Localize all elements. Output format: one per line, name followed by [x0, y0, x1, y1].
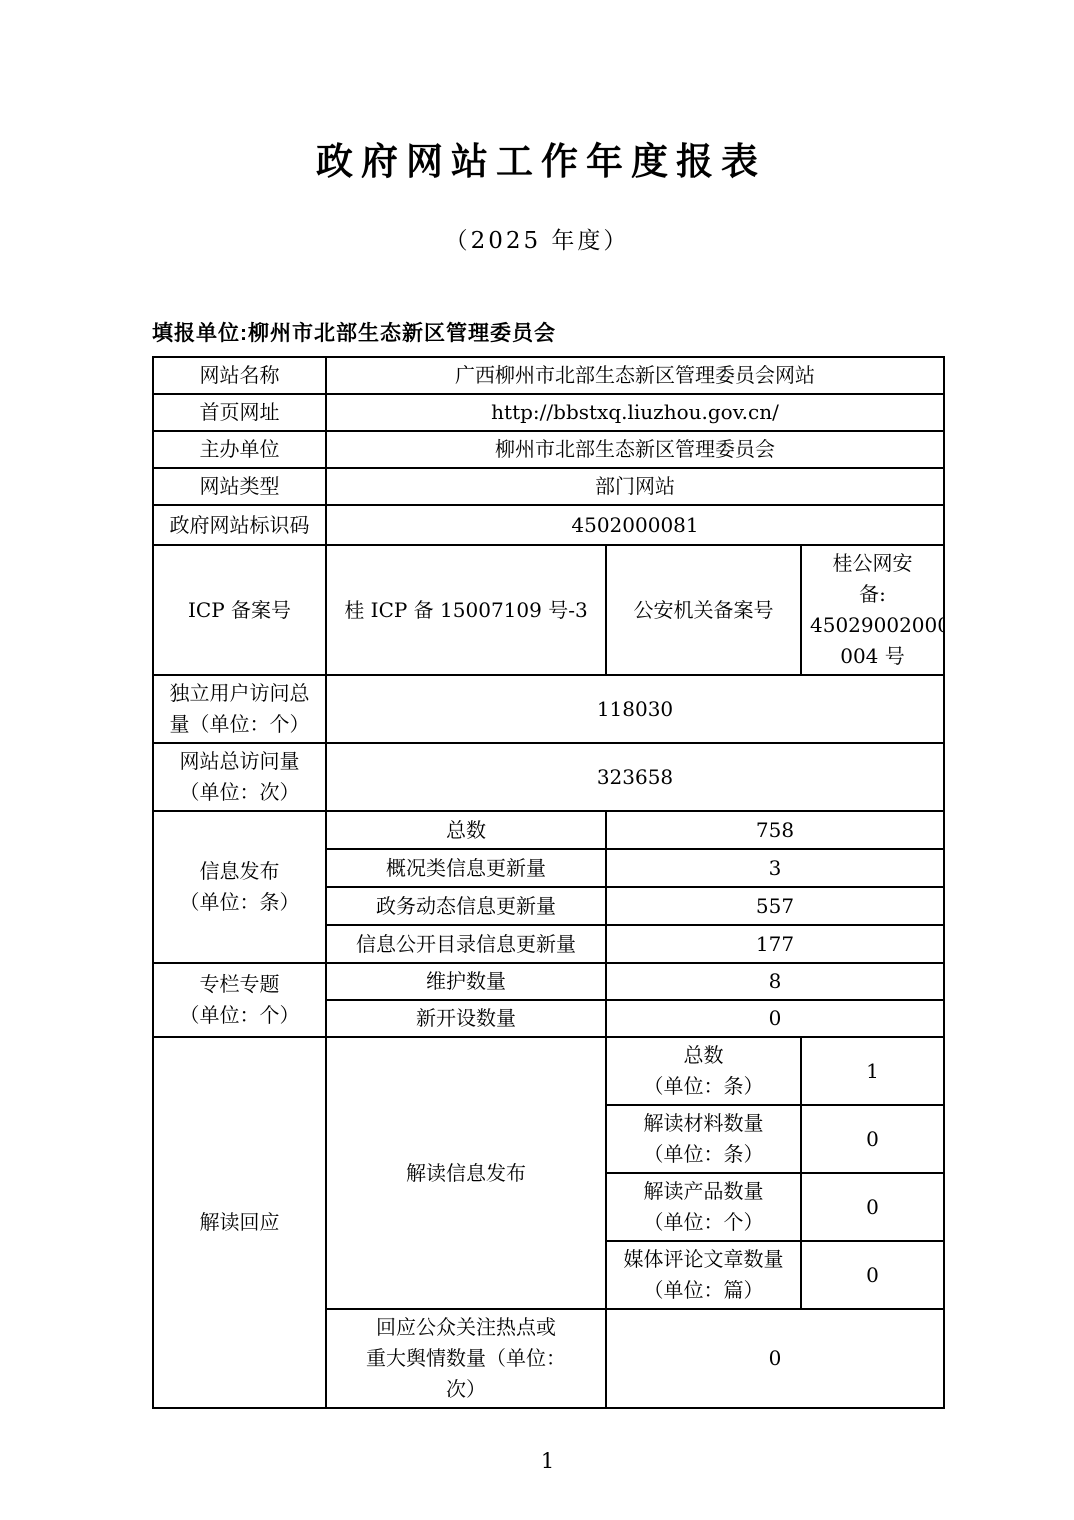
annual-report-table: 网站名称 广西柳州市北部生态新区管理委员会网站 首页网址 http://bbst… — [152, 356, 945, 1409]
total-visits-label: 网站总访问量 （单位：次） — [153, 743, 326, 811]
interp-material-value: 0 — [801, 1105, 944, 1173]
site-type-label: 网站类型 — [153, 468, 326, 505]
maintained-count-label: 维护数量 — [326, 963, 606, 1000]
site-id-value: 4502000081 — [326, 505, 944, 545]
info-overview-label: 概况类信息更新量 — [326, 849, 606, 887]
new-count-label: 新开设数量 — [326, 1000, 606, 1037]
site-name-value: 广西柳州市北部生态新区管理委员会网站 — [326, 357, 944, 394]
table-row: 独立用户访问总 量（单位：个） 118030 — [153, 675, 944, 743]
report-page: 政府网站工作年度报表 （2025 年度） 填报单位:柳州市北部生态新区管理委员会… — [0, 0, 1074, 1520]
table-row: 信息发布 （单位：条） 总数 758 — [153, 811, 944, 849]
interpretation-label: 解读回应 — [153, 1037, 326, 1408]
new-count-value: 0 — [606, 1000, 944, 1037]
page-subtitle: （2025 年度） — [0, 228, 1074, 256]
site-name-label: 网站名称 — [153, 357, 326, 394]
site-type-value: 部门网站 — [326, 468, 944, 505]
info-dynamics-value: 557 — [606, 887, 944, 925]
reporting-unit-line: 填报单位:柳州市北部生态新区管理委员会 — [152, 320, 943, 347]
maintained-count-value: 8 — [606, 963, 944, 1000]
organizer-label: 主办单位 — [153, 431, 326, 468]
interp-total-label: 总数 （单位：条） — [606, 1037, 801, 1105]
icp-label: ICP 备案号 — [153, 545, 326, 675]
table-row: 网站总访问量 （单位：次） 323658 — [153, 743, 944, 811]
page-content: 填报单位:柳州市北部生态新区管理委员会 网站名称 广西柳州市北部生态新区管理委员… — [152, 320, 943, 1473]
info-catalog-label: 信息公开目录信息更新量 — [326, 925, 606, 963]
police-record-value: 桂公网安 备: 45029002000 004 号 — [801, 545, 944, 675]
hotspot-response-label: 回应公众关注热点或 重大舆情数量（单位： 次） — [326, 1309, 606, 1408]
info-total-label: 总数 — [326, 811, 606, 849]
table-row: 解读回应 解读信息发布 总数 （单位：条） 1 — [153, 1037, 944, 1105]
table-row: 政府网站标识码 4502000081 — [153, 505, 944, 545]
table-row: 网站名称 广西柳州市北部生态新区管理委员会网站 — [153, 357, 944, 394]
info-dynamics-label: 政务动态信息更新量 — [326, 887, 606, 925]
police-record-label: 公安机关备案号 — [606, 545, 801, 675]
interp-material-label: 解读材料数量 （单位：条） — [606, 1105, 801, 1173]
table-row: 专栏专题 （单位：个） 维护数量 8 — [153, 963, 944, 1000]
unique-visitors-value: 118030 — [326, 675, 944, 743]
total-visits-value: 323658 — [326, 743, 944, 811]
interp-product-label: 解读产品数量 （单位：个） — [606, 1173, 801, 1241]
info-publish-label: 信息发布 （单位：条） — [153, 811, 326, 963]
hotspot-response-value: 0 — [606, 1309, 944, 1408]
info-total-value: 758 — [606, 811, 944, 849]
table-row: 首页网址 http://bbstxq.liuzhou.gov.cn/ — [153, 394, 944, 431]
info-overview-value: 3 — [606, 849, 944, 887]
icp-value: 桂 ICP 备 15007109 号-3 — [326, 545, 606, 675]
table-row: 主办单位 柳州市北部生态新区管理委员会 — [153, 431, 944, 468]
interp-total-value: 1 — [801, 1037, 944, 1105]
interp-product-value: 0 — [801, 1173, 944, 1241]
table-row: 网站类型 部门网站 — [153, 468, 944, 505]
home-url-value: http://bbstxq.liuzhou.gov.cn/ — [326, 394, 944, 431]
special-columns-label: 专栏专题 （单位：个） — [153, 963, 326, 1037]
home-url-label: 首页网址 — [153, 394, 326, 431]
page-number: 1 — [152, 1449, 943, 1473]
interp-media-value: 0 — [801, 1241, 944, 1309]
page-title: 政府网站工作年度报表 — [0, 0, 1074, 184]
unique-visitors-label: 独立用户访问总 量（单位：个） — [153, 675, 326, 743]
site-id-label: 政府网站标识码 — [153, 505, 326, 545]
organizer-value: 柳州市北部生态新区管理委员会 — [326, 431, 944, 468]
table-row: ICP 备案号 桂 ICP 备 15007109 号-3 公安机关备案号 桂公网… — [153, 545, 944, 675]
interp-media-label: 媒体评论文章数量 （单位：篇） — [606, 1241, 801, 1309]
interpretation-publish-label: 解读信息发布 — [326, 1037, 606, 1309]
info-catalog-value: 177 — [606, 925, 944, 963]
